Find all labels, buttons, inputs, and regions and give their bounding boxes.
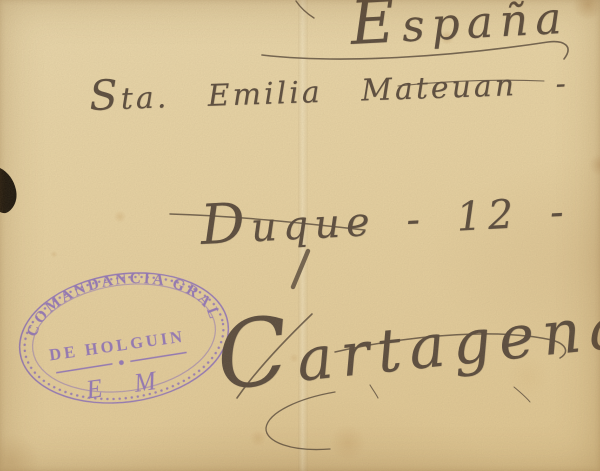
envelope-scan: COMANDANCIA GRAL DE HOLGUIN E M España S… <box>0 0 600 471</box>
country-line: España <box>349 0 570 55</box>
stamp-location-text: DE HOLGUIN <box>48 327 186 365</box>
oval-handstamp: COMANDANCIA GRAL DE HOLGUIN E M <box>0 247 249 430</box>
city-line: Cartagena <box>212 268 600 404</box>
stray-mark-2 <box>514 387 530 402</box>
stamp-ornament-dot <box>119 360 124 365</box>
flourish-country-leadin <box>296 1 314 18</box>
ink-blot <box>0 168 17 213</box>
stamp-initials: E M <box>83 364 170 404</box>
street-line: Duque - 12 - <box>199 180 571 254</box>
addressee-line: Sta. Emilia Mateuan - <box>89 59 570 117</box>
flourish-street-descender <box>293 251 308 287</box>
